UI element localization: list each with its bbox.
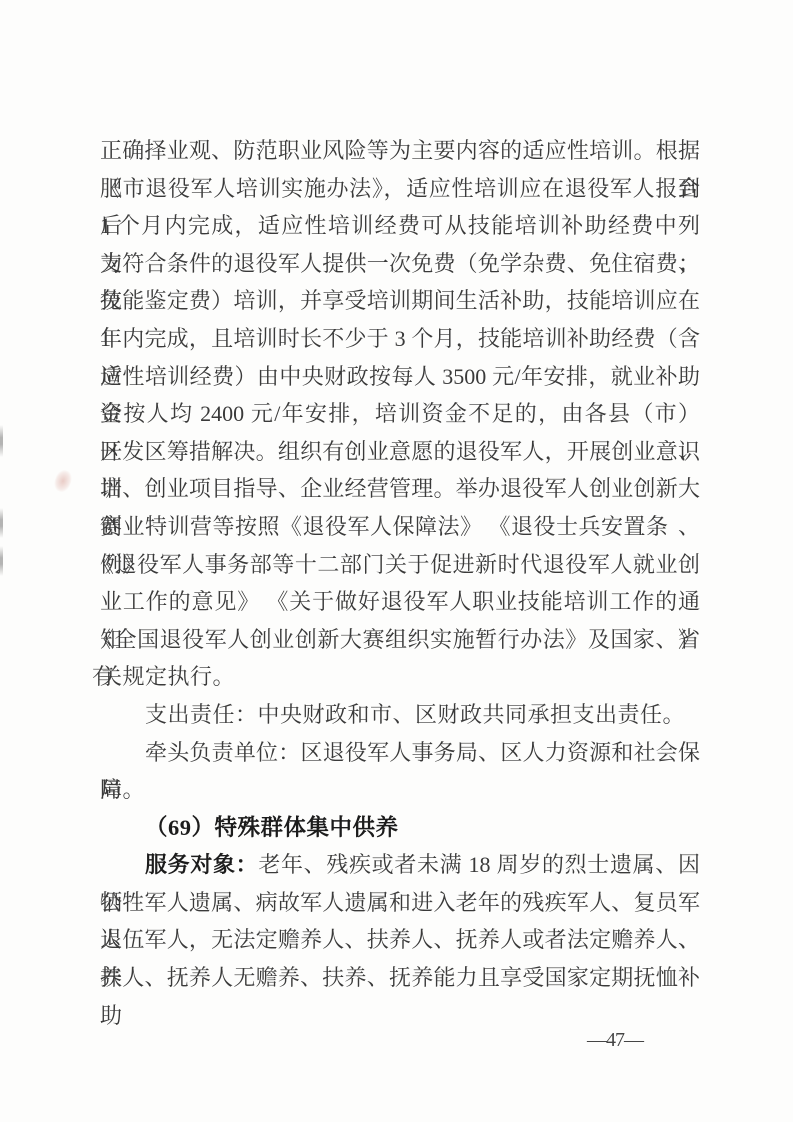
service-target-line: 服务对象：老年、残疾或者未满 18 周岁的烈士遗属、因公	[100, 846, 700, 884]
text-line: 1 个月内完成，适应性培训经费可从技能培训补助经费中列支；	[100, 207, 700, 245]
text-line: 技能鉴定费）培训，并享受培训期间生活补助，技能培训应在 1	[100, 282, 700, 320]
text-line: 应性培训经费）由中央财政按每人 3500 元/年安排，就业补助资	[100, 358, 700, 396]
left-edge-scan-streak	[0, 425, 3, 457]
text-line: 退伍军人，无法定赡养人、扶养人、抚养人或者法定赡养人、扶	[100, 921, 700, 959]
text-line: 创业特训营等按照《退役军人保障法》 《退役士兵安置条例》	[100, 508, 700, 546]
pink-smudge-artifact	[52, 468, 75, 494]
left-edge-scan-streak	[0, 508, 3, 538]
scanned-document-page: 正确择业观、防范职业风险等为主要内容的适应性培训。根据《合 肥市退役军人培训实施…	[0, 0, 793, 1122]
page-number: —47—	[555, 1028, 675, 1052]
lead-unit-line: 牵头负责单位：区退役军人事务局、区人力资源和社会保障	[100, 734, 700, 772]
text-line: 局。	[100, 771, 700, 809]
text-line: 正确择业观、防范职业风险等为主要内容的适应性培训。根据《合	[100, 132, 700, 170]
text-line: 开发区筹措解决。组织有创业意愿的退役军人，开展创业意识培	[100, 433, 700, 471]
text-line: 牺牲军人遗属、病故军人遗属和进入老年的残疾军人、复员军人、	[100, 884, 700, 922]
left-edge-scan-streak	[0, 546, 3, 576]
text-line: 年内完成，且培训时长不少于 3 个月，技能培训补助经费（含适	[100, 320, 700, 358]
service-target-label: 服务对象：	[145, 852, 258, 877]
expenditure-responsibility-line: 支出责任：中央财政和市、区财政共同承担支出责任。	[100, 696, 700, 734]
section-heading-69: （69）特殊群体集中供养	[100, 809, 700, 847]
text-line: 《退役军人事务部等十二部门关于促进新时代退役军人就业创	[92, 546, 700, 584]
text-line: 养人、抚养人无赡养、扶养、抚养能力且享受国家定期抚恤补助	[100, 959, 700, 997]
text-line: 业工作的意见》 《关于做好退役军人职业技能培训工作的通知》	[100, 583, 700, 621]
text-line: 关规定执行。	[100, 658, 700, 696]
text-line: 训、创业项目指导、企业经营管理。举办退役军人创业创新大赛、	[100, 470, 700, 508]
text-line: 金按人均 2400 元/年安排，培训资金不足的，由各县（市）区、	[100, 395, 700, 433]
text-line: 《全国退役军人创业创新大赛组织实施暂行办法》及国家、省有	[92, 621, 700, 659]
text-line: 肥市退役军人培训实施办法》，适应性培训应在退役军人报到后	[100, 170, 700, 208]
body-text-block: 正确择业观、防范职业风险等为主要内容的适应性培训。根据《合 肥市退役军人培训实施…	[100, 132, 700, 997]
text-line: 为符合条件的退役军人提供一次免费（免学杂费、免住宿费、免	[100, 245, 700, 283]
